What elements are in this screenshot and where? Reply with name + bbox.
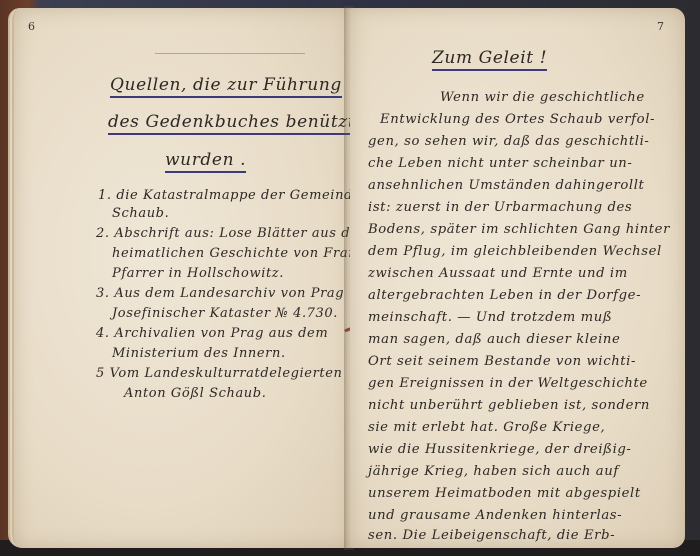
text-line: Bodens, später im schlichten Gang hinter (368, 222, 670, 237)
text-line: ansehnlichen Umständen dahingerollt (368, 178, 644, 193)
text-line: meinschaft. — Und trotzdem muß (368, 310, 612, 325)
text-line: gen, so sehen wir, daß das geschichtli- (368, 134, 649, 149)
source-text: Pfarrer in Hollschowitz. (112, 266, 284, 281)
source-text: Aus dem Landesarchiv von Prag (114, 286, 344, 301)
text-line: Ort seit seinem Bestande von wichti- (368, 354, 636, 369)
text-line: altergebrachten Leben in der Dorfge- (368, 288, 641, 303)
source-number: 1. (98, 188, 112, 203)
source-number: 2. (96, 226, 110, 241)
source-number: 3. (96, 286, 110, 301)
text-line: che Leben nicht unter scheinbar un- (368, 156, 632, 171)
text-line: sie mit erlebt hat. Große Kriege, (368, 420, 605, 435)
source-text: Josefinischer Kataster № 4.730. (112, 306, 338, 321)
source-item-3: 3. Aus dem Landesarchiv von Prag (96, 286, 344, 301)
text-line: Wenn wir die geschichtliche (440, 90, 645, 105)
source-item-4: 4. Archivalien von Prag aus dem (96, 326, 328, 341)
source-text: Anton Gößl Schaub. (124, 386, 266, 401)
text-line: nicht unberührt geblieben ist, sondern (368, 398, 650, 413)
right-heading: Zum Geleit ! (432, 48, 547, 71)
source-item-5: 5 Vom Landeskulturratdelegierten (96, 366, 342, 381)
source-text: Archivalien von Prag aus dem (114, 326, 328, 341)
left-title-line-3: wurden . (165, 150, 246, 173)
left-title-line-2: des Gedenkbuches benützt (108, 112, 355, 135)
source-text: Schaub. (112, 206, 169, 221)
text-line: jährige Krieg, haben sich auch auf (368, 464, 619, 479)
left-title-line-1: Quellen, die zur Führung (110, 75, 342, 98)
source-number: 4. (96, 326, 110, 341)
source-text: die Katastralmappe der Gemeinde (116, 188, 361, 203)
source-item-2: 2. Abschrift aus: Lose Blätter aus der (96, 226, 365, 241)
right-page-number: 7 (657, 20, 664, 33)
text-line: man sagen, daß auch dieser kleine (368, 332, 620, 347)
text-line: und grausame Andenken hinterlas- (368, 508, 622, 523)
text-line: ist: zuerst in der Urbarmachung des (368, 200, 632, 215)
source-text: Vom Landeskulturratdelegierten (110, 366, 343, 381)
source-item-1: 1. die Katastralmappe der Gemeinde (98, 188, 361, 203)
text-line: gen Ereignissen in der Weltgeschichte (368, 376, 648, 391)
text-line: sen. Die Leibeigenschaft, die Erb- (368, 528, 615, 543)
text-line: wie die Hussitenkriege, der dreißig- (368, 442, 631, 457)
text-line: Entwicklung des Ortes Schaub verfol- (380, 112, 655, 127)
text-line: zwischen Aussaat und Ernte und im (368, 266, 628, 281)
pencil-rule (155, 53, 305, 54)
text-line: dem Pflug, im gleichbleibenden Wechsel (368, 244, 662, 259)
text-line: unserem Heimatboden mit abgespielt (368, 486, 641, 501)
source-text: Abschrift aus: Lose Blätter aus der (114, 226, 365, 241)
left-page-number: 6 (28, 20, 35, 33)
source-number: 5 (96, 366, 105, 381)
source-text: Ministerium des Innern. (112, 346, 286, 361)
